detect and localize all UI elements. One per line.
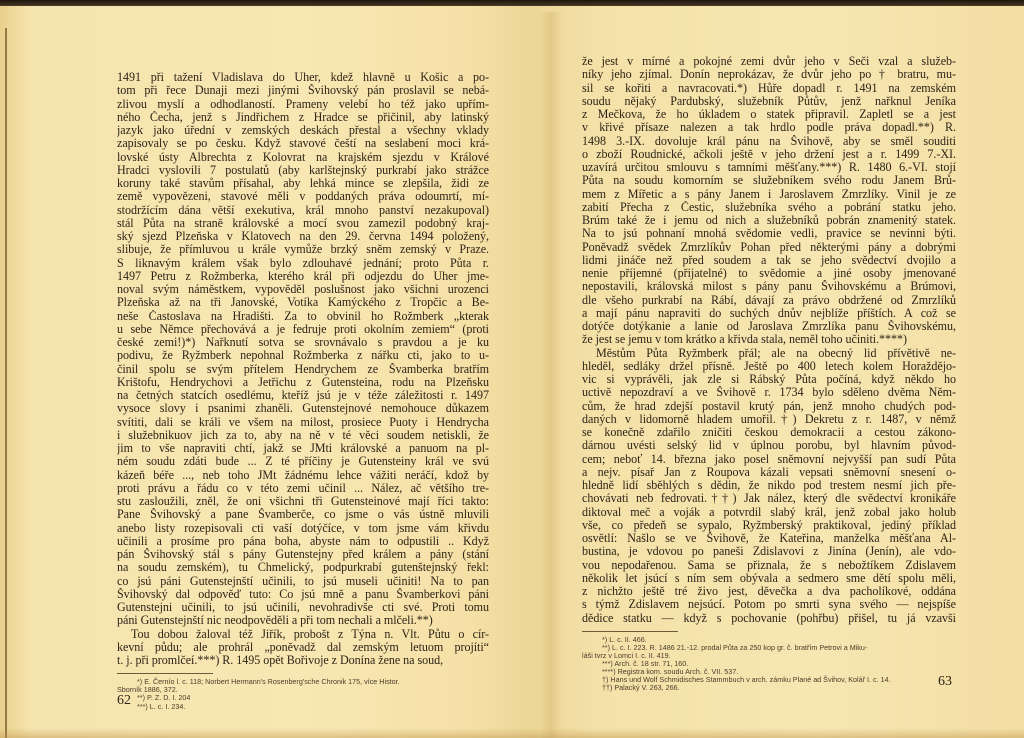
text-line: chovávati neb fedrovati.††) Jak nález, k… <box>582 492 956 505</box>
text-line: hleděl, sedláky držel přísně. Ještě po 4… <box>582 360 956 373</box>
text-line: soudu nějaký Pardubský, služebník Půtův,… <box>582 95 956 108</box>
text-line: neše Častoslava na Hradišti. Za to obvin… <box>117 310 489 323</box>
text-line: stál Půta na straně královské a mocí svo… <box>117 217 489 230</box>
text-line: vše, co předeň se sypalo, Ryžmberský pra… <box>582 519 956 532</box>
footnote-rule <box>117 673 213 674</box>
text-line: vou nepodařenou. Sama se přiznala, že s … <box>582 559 956 572</box>
text-line: se konečně zdařilo zničiti českou demokr… <box>582 426 956 439</box>
text-line: dotýče dotýkanie a lanie od Jaroslava Zm… <box>582 320 956 333</box>
text-line: hledně lidí sběhlých s dědin, že nikdo p… <box>582 479 956 492</box>
text-line: ného Čecha, jenž s Jindřichem z Hradce s… <box>117 111 489 124</box>
text-line: páni Gutenstejnští nic neodpověděli a př… <box>117 614 489 627</box>
page-number-right: 63 <box>938 674 952 690</box>
text-line: o zboží Roudnické, ačkoli ještě v jeho d… <box>582 148 956 161</box>
text-line: Tou dobou žaloval též Jiřík, probošt z T… <box>117 628 489 641</box>
text-line: učinili a prosíme pro pána boha, abyste … <box>117 535 489 548</box>
text-line: bustina, je vdovou po paneši Zdislavovi … <box>582 545 956 558</box>
text-line: Gutenstejni učinili, to jsú učinili, nev… <box>117 601 489 614</box>
text-line: S liknavým králem však bylo zdlouhavé je… <box>117 257 489 270</box>
text-line: mem z Mířetic a s pány Janem i Jaroslave… <box>582 188 956 201</box>
text-line: diktoval meč a voják a potvrdil slabý kr… <box>582 506 956 519</box>
left-page: 1491 při tažení Vladislava do Uher, kdež… <box>117 71 489 711</box>
text-line: koruny také stavům přísahal, aby lehká m… <box>117 177 489 190</box>
text-line: Půta na soudu komorním se služebníkem sv… <box>582 174 956 187</box>
text-line: kázeň béře ..., neb toho JMt žádnému leh… <box>117 469 489 482</box>
text-line: 1497 Petru z Rožmberka, kterého král při… <box>117 270 489 283</box>
text-line: pán Švihovský stál s pány Gutenstejny př… <box>117 548 489 561</box>
footnote: ***) L. c. I. 234. <box>117 703 489 711</box>
text-line: slibuje, že přímluvou u krále vymůže brz… <box>117 243 489 256</box>
text-line: anebo listy rozepisovali cti vaší dotýčí… <box>117 522 489 535</box>
text-line: zapisovaly se po česku. Když stavové češ… <box>117 137 489 150</box>
text-line: tom při řece Dunaji mezi jinými Švihovsk… <box>117 84 489 97</box>
text-line: nenie příjemné (přijatelné) to svědomie … <box>582 267 956 280</box>
text-line: i služebnikuov jich za to, aby na ně v t… <box>117 429 489 442</box>
text-line: svítiti, dali se králi ve všem na milost… <box>117 416 489 429</box>
page-number-left: 62 <box>117 693 131 709</box>
text-line: a mají pánu napraviti do suchých dnův ne… <box>582 307 956 320</box>
text-line: stodržícím dána větší exekutiva, král mn… <box>117 204 489 217</box>
text-line: z nichžto ještě tré živo jest, děvečka a… <box>582 585 956 598</box>
footnote-rule <box>582 631 678 632</box>
text-line: jazyk jako úřední v zemských deskách pře… <box>117 124 489 137</box>
text-line: uzavírá určitou smlouvu s tamními měšťan… <box>582 161 956 174</box>
text-line: cem; neboť 14. března jako posel sněmovn… <box>582 453 956 466</box>
text-line: lidmi jináče než před soudem a tak se je… <box>582 254 956 267</box>
text-line: proti právu a řádu co v této zemi učinil… <box>117 482 489 495</box>
text-line: Pane Švihovský a pane Švamberče, co jsme… <box>117 508 489 521</box>
text-line: ský sjezd Plzeňska v Klatovech na den 29… <box>117 230 489 243</box>
bottom-shadow <box>0 728 1024 738</box>
text-line: Městům Půta Ryžmberk přál; ale na obecný… <box>582 347 956 360</box>
text-line: české zemi!)*) Nařknutí sotva se srovnáv… <box>117 336 489 349</box>
text-line: ném soudu zdáti bude ... Z té příčiny je… <box>117 455 489 468</box>
text-line: vic si vyprávěli, jak zle si Rábský Půta… <box>582 373 956 386</box>
text-line: u sebe Němce přechovává a je fedruje pro… <box>117 323 489 336</box>
footnote: ††) Palacký V. 263, 266. <box>582 684 956 692</box>
right-page: že jest v mírné a pokojné zemi dvůr jeho… <box>582 55 956 692</box>
text-line: t. j. při promlčeí.***) R. 1495 opět Boř… <box>117 654 489 667</box>
text-line: daných v lidomorně hladem umořil.†) Dekr… <box>582 413 956 426</box>
text-line: v křivé přísaze nalezen a tak hrdlo podl… <box>582 121 956 134</box>
text-line: dárnou uvésti selský lid v úplnou porobu… <box>582 439 956 452</box>
text-line: cům, že hrad zdejší postavil krutý pán, … <box>582 400 956 413</box>
text-line: na soudu zemském), tu Chmelický, podpurk… <box>117 561 489 574</box>
text-line: 1498 3.-IX. dovoluje král pánu na Švihov… <box>582 135 956 148</box>
page-edge <box>5 28 7 738</box>
left-page-body: 1491 při tažení Vladislava do Uher, kdež… <box>117 71 489 667</box>
text-line: na četných statcích osedlému, kteříž jsú… <box>117 389 489 402</box>
text-line: noval svým náměstkem, vypověděl poslušno… <box>117 283 489 296</box>
text-line: s týmž Zdislavem nejsúcí. Potom po smrti… <box>582 598 956 611</box>
text-line: Brúm také že i jemu od nich a služebníků… <box>582 214 956 227</box>
text-line: kevní půdu; ale prohrál „poněvadž dal ze… <box>117 641 489 654</box>
text-line: činil spolu se svým přítelem Hendrychem … <box>117 363 489 376</box>
text-line: že jest se jemu v tom krátko a křivda st… <box>582 333 956 346</box>
text-line: vysoce slovy i psanimi zhaněli. Gutenste… <box>117 402 489 415</box>
text-line: sil se kořiti a navracovati.*) Hůře dopa… <box>582 82 956 95</box>
text-line: Plzeňska až na tři Janovské, Votíka Kamý… <box>117 296 489 309</box>
left-page-footnotes: *) E. Černío l. c. 118; Norbert Hermann'… <box>117 678 489 710</box>
text-line: Švihovský dal odpověď tuto: Co jsú mně a… <box>117 588 489 601</box>
right-page-footnotes: *) L. c. II. 466.**) L. c. I. 223. R. 14… <box>582 636 956 693</box>
text-line: země vypovězeni, stavové měli v poddanýc… <box>117 190 489 203</box>
text-line: zabití Přecha z Čestic, služebníka svého… <box>582 201 956 214</box>
text-line: Krištofu, Hendrychovi a Jetřichu z Guten… <box>117 376 489 389</box>
text-line: nepostavili, královská milost s pány pan… <box>582 280 956 293</box>
text-line: osvětlí: Našlo se ve Švihově, že Kateřin… <box>582 532 956 545</box>
text-line: níky jeho zjímal. Donín neprokázav, že d… <box>582 68 956 81</box>
text-line: Na to jsú pohnaní mnohá svědomie vedli, … <box>582 227 956 240</box>
text-line: že jest v mírné a pokojné zemi dvůr jeho… <box>582 55 956 68</box>
text-line: a nejv. písař Jan z Roupova kázali vepsa… <box>582 466 956 479</box>
text-line: Poněvadž svědek Zmrzlíkův Pohan před něk… <box>582 241 956 254</box>
text-line: lovské ústy Albrechta z Kolovrat na kraj… <box>117 151 489 164</box>
text-line: Hradci vyslovili 7 postulatů (aby karlšt… <box>117 164 489 177</box>
text-line: co jsú páni Gutenstejnští učinili, to js… <box>117 575 489 588</box>
text-line: zlivou myslí a odhodlaností. Prameny vel… <box>117 98 489 111</box>
book-gutter <box>540 12 562 738</box>
text-line: několik let jsúcí s ním sem obývala a se… <box>582 572 956 585</box>
text-line: jim to vše napraviti chtí, jakž se JMti … <box>117 442 489 455</box>
text-line: stu zasloužili, zněl, že oni všichni tři… <box>117 495 489 508</box>
text-line: 1491 při tažení Vladislava do Uher, kdež… <box>117 71 489 84</box>
text-line: podivu, že Ryžmberk nepohnal Rožmberka z… <box>117 349 489 362</box>
text-line: uctivě nepozdraví a ve Švihově r. 1734 b… <box>582 386 956 399</box>
right-page-body: že jest v mírné a pokojné zemi dvůr jeho… <box>582 55 956 625</box>
text-line: dědice statku — když s pochovanie (pohřb… <box>582 612 956 625</box>
text-line: dle všeho purkrabí na Rábí, dávají za pr… <box>582 294 956 307</box>
text-line: z Mečkova, že ho úkladem o statek připra… <box>582 108 956 121</box>
